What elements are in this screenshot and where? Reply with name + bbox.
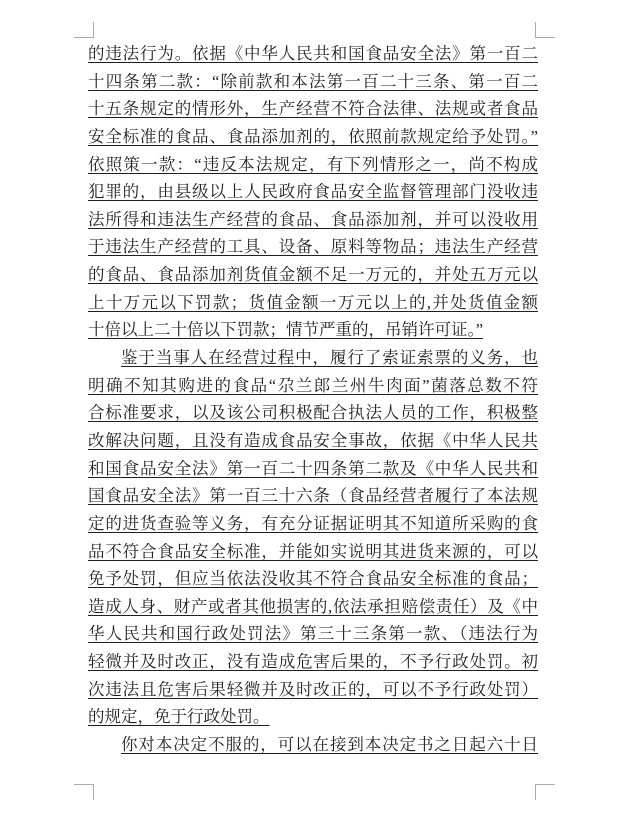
- text-line: 品不符合食品安全标准，并能如实说明其进货来源的，可以: [88, 538, 538, 566]
- crop-mark-top-left: [74, 22, 94, 38]
- text-line: 于违法生产经营的工具、设备、原料等物品；违法生产经营: [88, 233, 538, 261]
- text-line: 改解决问题，且没有造成食品安全事故，依据《中华人民共: [88, 427, 538, 455]
- text-line: 定的进货查验等义务，有充分证据证明其不知道所采购的食: [88, 510, 538, 538]
- text-line: 合标准要求，以及该公司积极配合执法人员的工作，积极整: [88, 399, 538, 427]
- text-line: 造成人身、财产或者其他损害的,依法承担赔偿责任）及《中: [88, 593, 538, 621]
- text-line: 上十万元以下罚款；货值金额一万元以上的,并处货值金额: [88, 289, 538, 317]
- crop-mark-bottom-left: [74, 784, 94, 800]
- crop-mark-bottom-right: [535, 784, 555, 800]
- text-line: 次违法且危害后果轻微并及时改正的，可以不予行政处罚）: [88, 676, 538, 704]
- text-line: 犯罪的，由县级以上人民政府食品安全监督管理部门没收违: [88, 178, 538, 206]
- text-line: 依照策一款：“违反本法规定，有下列情形之一，尚不构成: [88, 151, 538, 179]
- text-line: 十倍以上二十倍以下罚款；情节严重的，吊销许可证。”: [88, 316, 538, 344]
- text-line: 安全标准的食品、食品添加剂的，依照前款规定给予处罚。”: [88, 123, 538, 151]
- text-line: 的违法行为。依据《中华人民共和国食品安全法》第一百二: [88, 40, 538, 68]
- text-line: 鉴于当事人在经营过程中，履行了索证索票的义务，也: [88, 344, 538, 372]
- text-line: 十四条第二款：“除前款和本法第一百二十三条、第一百二: [88, 68, 538, 96]
- text-line: 和国食品安全法》第一百二十四条第二款及《中华人民共和: [88, 455, 538, 483]
- text-line: 的食品、食品添加剂货值金额不足一万元的，并处五万元以: [88, 261, 538, 289]
- text-line: 轻微并及时改正，没有造成危害后果的，不予行政处罚。初: [88, 648, 538, 676]
- text-line: 华人民共和国行政处罚法》第三十三条第一款、（违法行为: [88, 620, 538, 648]
- text-line: 免予处罚，但应当依法没收其不符合食品安全标准的食品；: [88, 565, 538, 593]
- document-text-block: 的违法行为。依据《中华人民共和国食品安全法》第一百二 十四条第二款：“除前款和本…: [88, 40, 538, 759]
- text-line: 十五条规定的情形外，生产经营不符合法律、法规或者食品: [88, 95, 538, 123]
- text-line: 明确不知其购进的食品“尕兰郎兰州牛肉面”菌落总数不符: [88, 372, 538, 400]
- text-line: 的规定，免于行政处罚。: [88, 703, 538, 731]
- text-line: 法所得和违法生产经营的食品、食品添加剂，并可以没收用: [88, 206, 538, 234]
- crop-mark-top-right: [535, 22, 555, 38]
- text-line: 你对本决定不服的，可以在接到本决定书之日起六十日: [88, 731, 538, 759]
- text-line: 国食品安全法》第一百三十六条（食品经营者履行了本法规: [88, 482, 538, 510]
- document-page: 的违法行为。依据《中华人民共和国食品安全法》第一百二 十四条第二款：“除前款和本…: [0, 0, 625, 837]
